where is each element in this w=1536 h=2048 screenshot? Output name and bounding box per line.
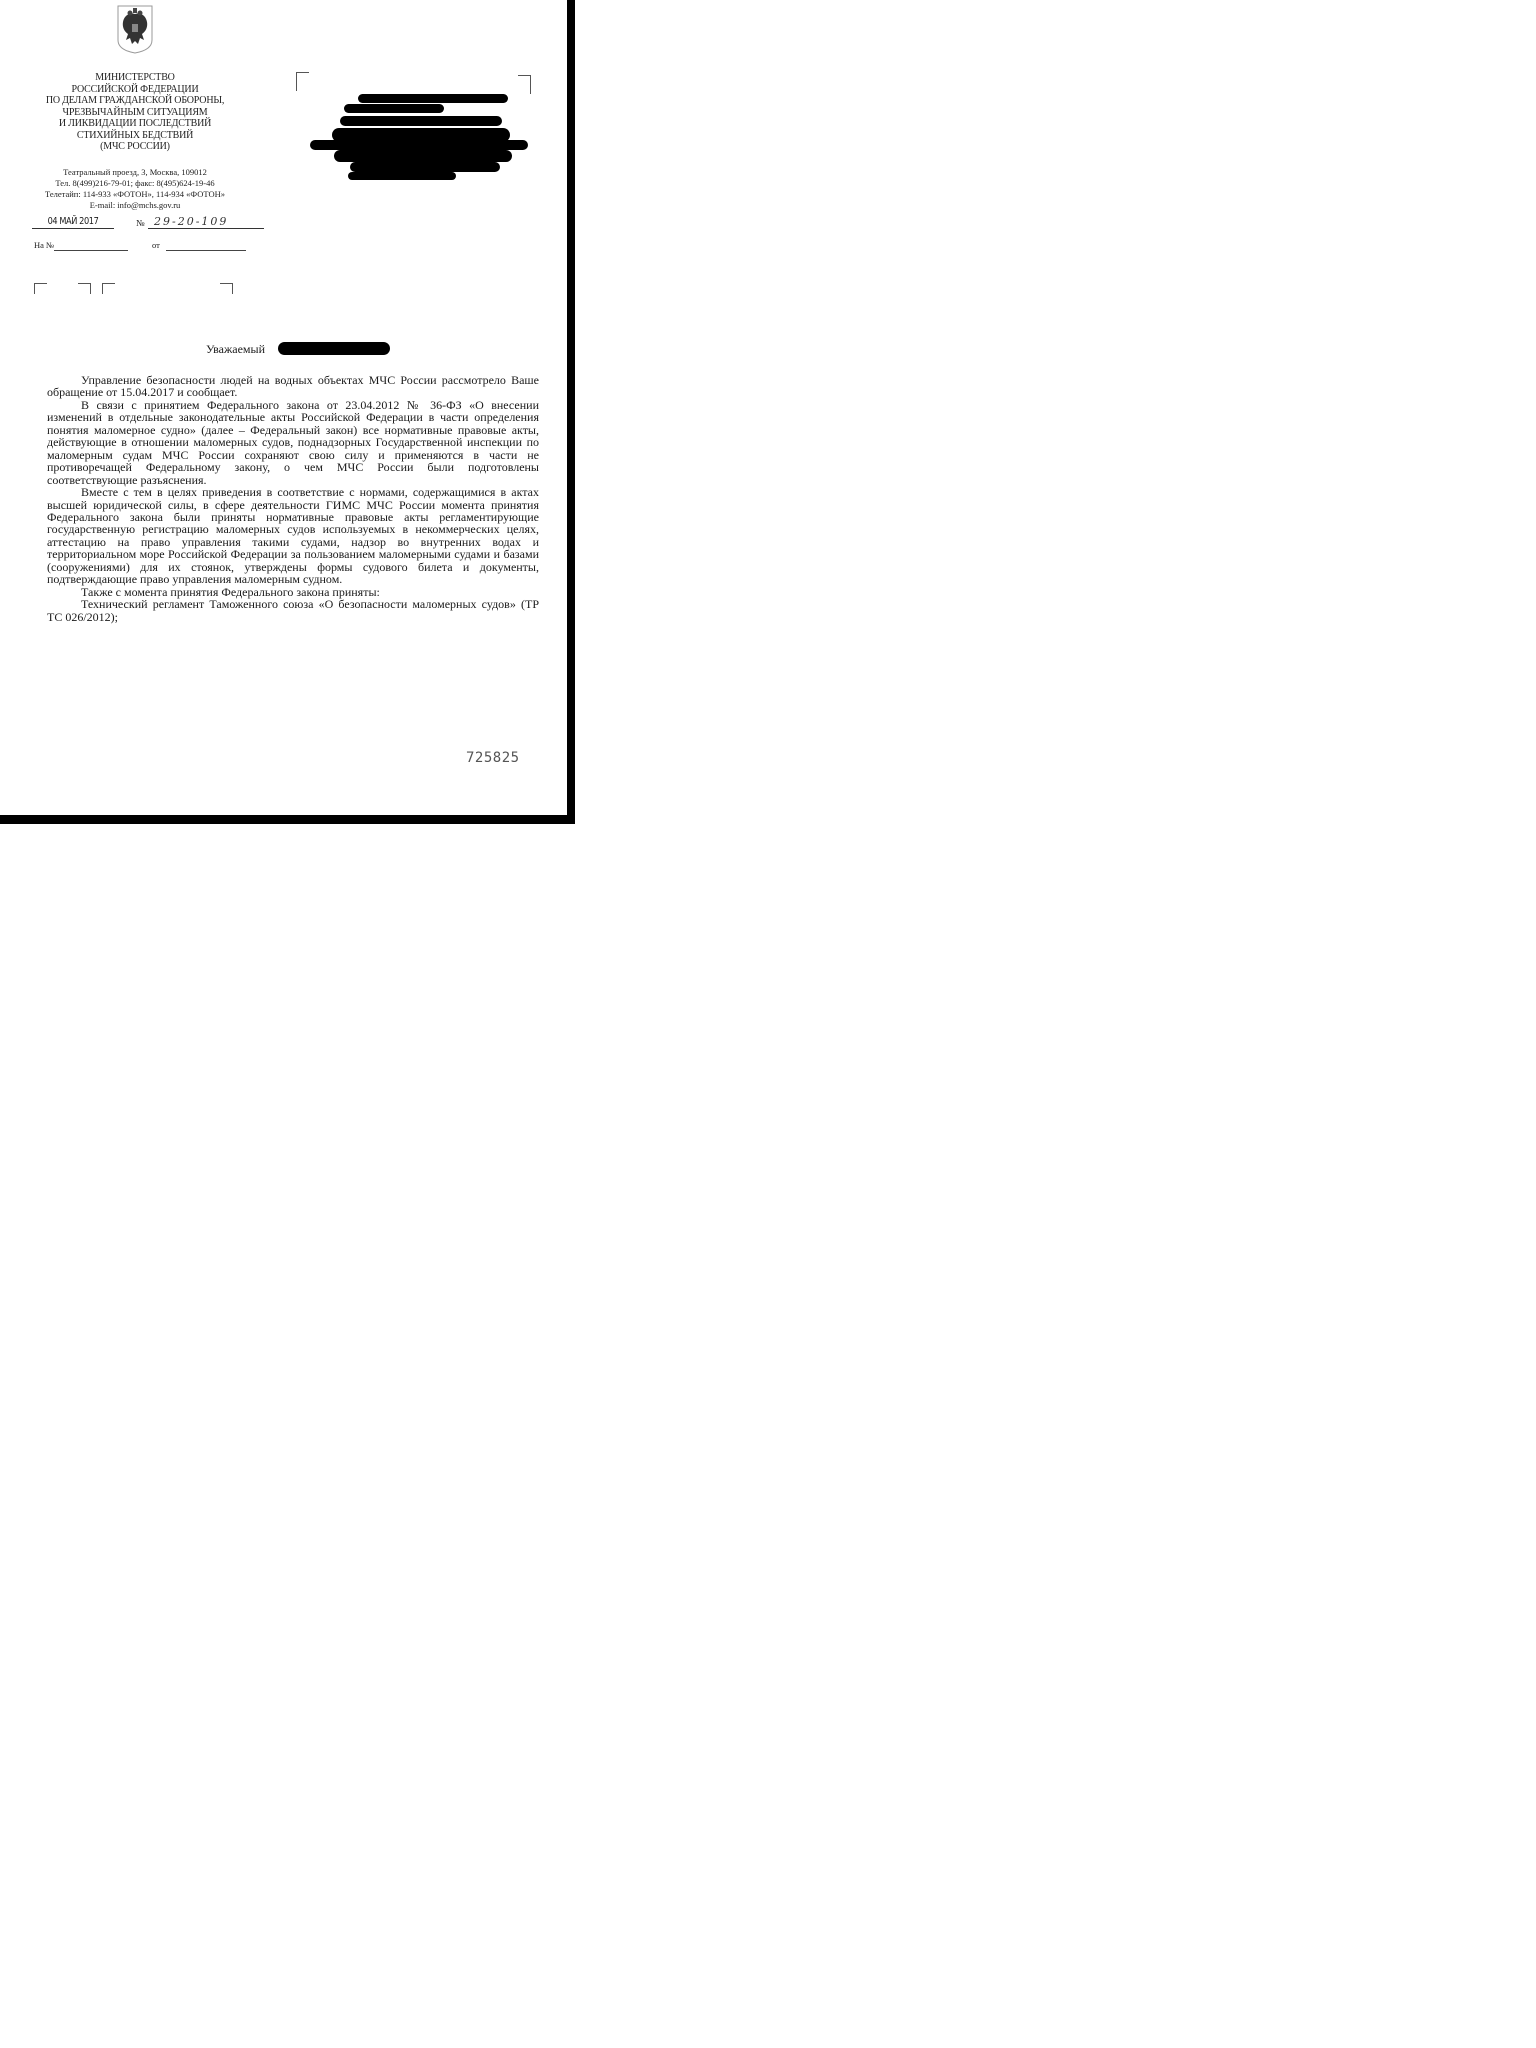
address-corner-mark	[220, 283, 233, 294]
salutation: Уважаемый	[206, 342, 265, 357]
phone-line: Тел. 8(499)216-79-01; факс: 8(495)624-19…	[20, 178, 250, 189]
registration-line: 04 МАЙ 2017 № 29-20-109	[32, 213, 232, 229]
registration-number-label: №	[136, 218, 145, 228]
ministry-line: ПО ДЕЛАМ ГРАЖДАНСКОЙ ОБОРОНЫ,	[20, 95, 250, 107]
empty-canvas	[585, 0, 1536, 2048]
recipient-corner-mark	[296, 72, 309, 91]
paragraph: Технический регламент Таможенного союза …	[47, 598, 539, 623]
ministry-name: МИНИСТЕРСТВО РОССИЙСКОЙ ФЕДЕРАЦИИ ПО ДЕЛ…	[20, 72, 250, 153]
registration-date-stamp: 04 МАЙ 2017	[32, 216, 114, 229]
paragraph: В связи с принятием Федерального закона …	[47, 399, 539, 486]
registration-number-handwritten: 29-20-109	[148, 215, 264, 229]
reference-number-blank	[54, 250, 128, 251]
address-line: Театральный проезд, 3, Москва, 109012	[20, 167, 250, 178]
reference-number-label: На №	[34, 240, 54, 250]
registry-number: 725825	[466, 750, 520, 766]
email-line: E-mail: info@mchs.gov.ru	[20, 200, 250, 211]
salutation-name-redaction	[278, 342, 390, 355]
ministry-line: РОССИЙСКОЙ ФЕДЕРАЦИИ	[20, 84, 250, 96]
address-corner-mark	[78, 283, 91, 294]
paragraph: Вместе с тем в целях приведения в соотве…	[47, 486, 539, 586]
address-corner-mark	[34, 283, 47, 294]
ministry-contacts: Театральный проезд, 3, Москва, 109012 Те…	[20, 167, 250, 211]
paragraph: Управление безопасности людей на водных …	[47, 374, 539, 399]
letterhead: МИНИСТЕРСТВО РОССИЙСКОЙ ФЕДЕРАЦИИ ПО ДЕЛ…	[20, 4, 250, 211]
reference-date-label: от	[152, 240, 160, 250]
reference-line: На № от	[34, 237, 234, 251]
scanned-letter-page: МИНИСТЕРСТВО РОССИЙСКОЙ ФЕДЕРАЦИИ ПО ДЕЛ…	[0, 0, 575, 824]
address-corner-mark	[102, 283, 115, 294]
ministry-line: ЧРЕЗВЫЧАЙНЫМ СИТУАЦИЯМ	[20, 107, 250, 119]
letter-body: Управление безопасности людей на водных …	[47, 374, 539, 623]
ministry-line: СТИХИЙНЫХ БЕДСТВИЙ	[20, 130, 250, 142]
ministry-line: (МЧС РОССИИ)	[20, 141, 250, 153]
ministry-line: МИНИСТЕРСТВО	[20, 72, 250, 84]
reference-date-blank	[166, 250, 246, 251]
teletype-line: Телетайп: 114-933 «ФОТОН», 114-934 «ФОТО…	[20, 189, 250, 200]
ministry-line: И ЛИКВИДАЦИИ ПОСЛЕДСТВИЙ	[20, 118, 250, 130]
coat-of-arms-icon	[115, 4, 155, 54]
recipient-corner-mark	[518, 75, 531, 94]
